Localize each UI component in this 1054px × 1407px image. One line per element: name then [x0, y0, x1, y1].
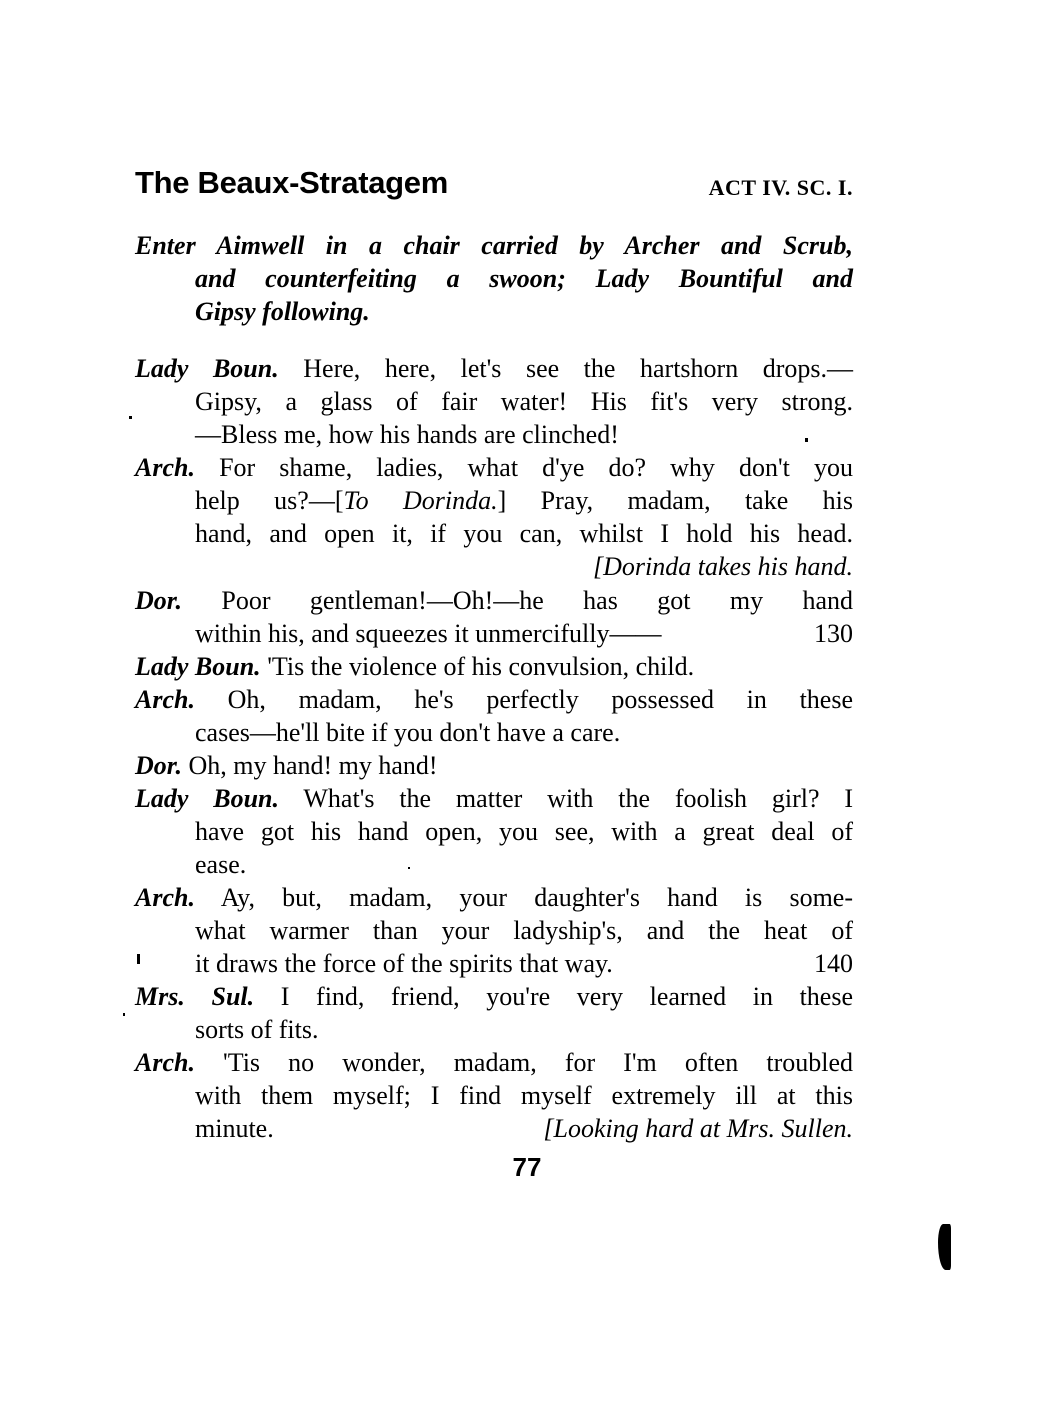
speech-text: Oh, my hand! my hand! [188, 751, 437, 780]
scan-speck [137, 954, 140, 964]
speech-line: Dor. Oh, my hand! my hand! [135, 749, 853, 782]
speech-line: —Bless me, how his hands are clinched! [195, 418, 853, 451]
scan-speck [123, 1013, 125, 1016]
stage-direction: [Looking hard at Mrs. Sullen. [543, 1112, 853, 1145]
speaker-name: Arch. [135, 883, 195, 912]
speech-text: it draws the force of the spirits that w… [195, 949, 613, 978]
speech-text: Here, here, let's see the hartshorn drop… [303, 354, 853, 383]
speech-text: Poor gentleman!—Oh!—he has got my hand [221, 586, 853, 615]
act-scene-label: ACT IV. SC. I. [709, 175, 853, 201]
speech-line: hand, and open it, if you can, whilst I … [195, 517, 853, 550]
book-title: The Beaux-Stratagem [135, 165, 448, 201]
speech-line: Arch. 'Tis no wonder, madam, for I'm oft… [135, 1046, 853, 1079]
speech-text: What's the matter with the foolish girl?… [303, 784, 853, 813]
speech-line: Lady Boun. What's the matter with the fo… [135, 782, 853, 815]
speech-line: sorts of fits. [195, 1013, 853, 1046]
book-page: The Beaux-Stratagem ACT IV. SC. I. Enter… [0, 0, 1054, 1407]
speech-text: For shame, ladies, what d'ye do? why don… [219, 453, 853, 482]
speech-text: within his, and squeezes it unmercifully… [195, 619, 661, 648]
speech-text: help us?— [195, 486, 335, 515]
speech-line: it draws the force of the spirits that w… [195, 947, 853, 980]
running-header: The Beaux-Stratagem ACT IV. SC. I. [135, 165, 853, 205]
speaker-name: Lady Boun. [135, 652, 261, 681]
speech-line: Lady Boun. 'Tis the violence of his conv… [135, 650, 853, 683]
speech-text: Ay, but, madam, your daughter's hand is … [221, 883, 853, 912]
stage-direction-line: Gipsy following. [195, 295, 853, 328]
stage-direction-line: and counterfeiting a swoon; Lady Bountif… [195, 262, 853, 295]
speech-line: minute. [Looking hard at Mrs. Sullen. [195, 1112, 853, 1145]
speaker-name: Dor. [135, 751, 182, 780]
speech-text: I find, friend, you're very learned in t… [281, 982, 853, 1011]
speech-line: Lady Boun. Here, here, let's see the har… [135, 352, 853, 385]
speech-line: Dor. Poor gentleman!—Oh!—he has got my h… [135, 584, 853, 617]
speaker-name: Mrs. Sul. [135, 982, 254, 1011]
stage-direction: [Dorinda takes his hand. [135, 550, 853, 583]
aside-direction: To Dorinda. [344, 486, 498, 515]
scan-blot [938, 1224, 951, 1270]
speaker-name: Arch. [135, 685, 195, 714]
speech-line: cases—he'll bite if you don't have a car… [195, 716, 853, 749]
speech-line: help us?—[To Dorinda.] Pray, madam, take… [195, 484, 853, 517]
speaker-name: Arch. [135, 1048, 195, 1077]
speech-line: Mrs. Sul. I find, friend, you're very le… [135, 980, 853, 1013]
speech-line: what warmer than your ladyship's, and th… [195, 914, 853, 947]
line-number: 140 [814, 947, 853, 980]
aside-bracket-close: ] [498, 486, 507, 515]
speech-text: minute. [195, 1114, 274, 1143]
speech-line: Arch. For shame, ladies, what d'ye do? w… [135, 451, 853, 484]
speech-line: Arch. Ay, but, madam, your daughter's ha… [135, 881, 853, 914]
aside-bracket: [ [335, 486, 344, 515]
speech-line: with them myself; I find myself extremel… [195, 1079, 853, 1112]
speech-line: ease. [195, 848, 853, 881]
page-number: 77 [0, 1152, 1054, 1183]
speech-text: Pray, madam, take his [541, 486, 853, 515]
speech-text: Oh, madam, he's perfectly possessed in t… [228, 685, 853, 714]
scan-speck [805, 438, 808, 442]
speech-line: within his, and squeezes it unmercifully… [195, 617, 853, 650]
speech-text: 'Tis the violence of his convulsion, chi… [267, 652, 694, 681]
speech-line: have got his hand open, you see, with a … [195, 815, 853, 848]
speaker-name: Lady Boun. [135, 354, 279, 383]
speaker-name: Lady Boun. [135, 784, 279, 813]
stage-direction-line: Enter Aimwell in a chair carried by Arch… [135, 229, 853, 262]
speech-line: Gipsy, a glass of fair water! His fit's … [195, 385, 853, 418]
speech-text: 'Tis no wonder, madam, for I'm often tro… [223, 1048, 853, 1077]
scan-speck [129, 416, 132, 419]
speaker-name: Dor. [135, 586, 182, 615]
line-number: 130 [814, 617, 853, 650]
speech-line: Arch. Oh, madam, he's perfectly possesse… [135, 683, 853, 716]
speaker-name: Arch. [135, 453, 195, 482]
scan-speck [408, 867, 410, 869]
